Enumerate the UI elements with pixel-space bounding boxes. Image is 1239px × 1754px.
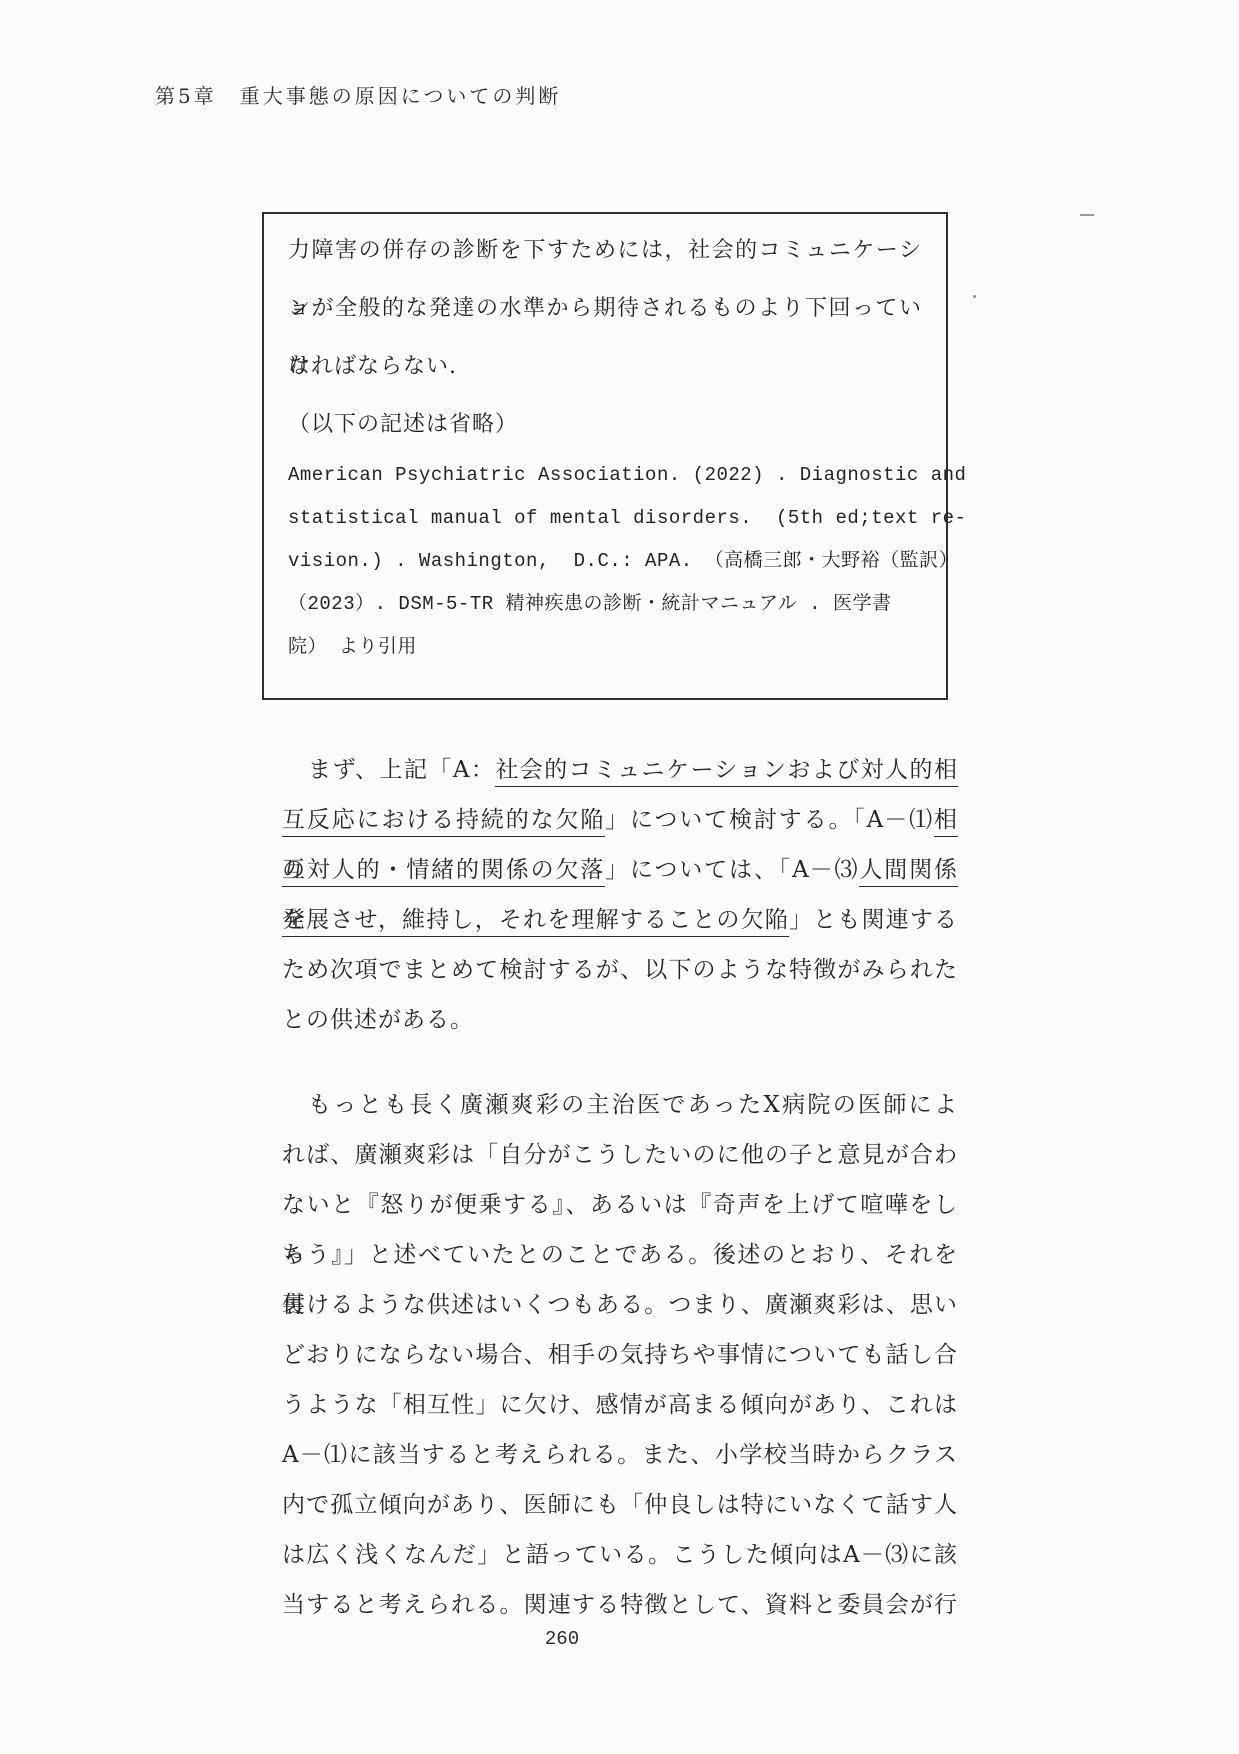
text-line: 付けるような供述はいくつもある。つまり、廣瀬爽彩は、思い	[282, 1280, 958, 1330]
text-segment: どおりにならない場合、相手の気持ちや事情についても話し合	[282, 1342, 958, 1368]
text-segment: vision.) . Washington, D.C.: APA. （高橋三郎・…	[288, 550, 958, 572]
text-segment: まず、上記「A：	[308, 757, 495, 783]
text-line: れば、廣瀬爽彩は「自分がこうしたいのに他の子と意見が合わ	[282, 1130, 958, 1180]
dsm-quote-box: 力障害の併存の診断を下すためには，社会的コミュニケーションが全般的な発達の水準か…	[262, 212, 948, 700]
text-line: との供述がある。	[282, 995, 958, 1045]
underlined-text: 発展させ，維持し，それを理解することの欠陥	[282, 907, 789, 937]
text-segment: との供述がある。	[282, 1007, 474, 1033]
text-line: まず、上記「A：社会的コミュニケーションおよび対人的相	[282, 745, 958, 795]
text-segment: 院） より引用	[288, 636, 417, 658]
text-line: 院） より引用	[288, 626, 922, 669]
body-text: まず、上記「A：社会的コミュニケーションおよび対人的相互反応における持続的な欠陥…	[282, 745, 958, 1630]
text-segment: もっとも長く廣瀬爽彩の主治医であったX病院の医師によ	[308, 1092, 958, 1118]
text-segment: れば、廣瀬爽彩は「自分がこうしたいのに他の子と意見が合わ	[282, 1142, 958, 1168]
quote-text: 力障害の併存の診断を下すためには，社会的コミュニケーションが全般的な発達の水準か…	[288, 222, 922, 396]
paragraph-1: まず、上記「A：社会的コミュニケーションおよび対人的相互反応における持続的な欠陥…	[282, 745, 958, 1045]
text-segment: 」については、「A－⑶	[605, 857, 859, 883]
paragraph-2: もっとも長く廣瀬爽彩の主治医であったX病院の医師によれば、廣瀬爽彩は「自分がこう…	[282, 1080, 958, 1630]
scan-artifact-dash	[1080, 214, 1094, 216]
text-segment: 」とも関連する	[789, 907, 958, 933]
chapter-header: 第5章 重大事態の原因についての判断	[155, 80, 561, 109]
text-segment: ければならない.	[288, 354, 457, 379]
underlined-text: 社会的コミュニケーションおよび対人的相	[495, 757, 958, 787]
text-line: 当すると考えられる。関連する特徴として、資料と委員会が行	[282, 1580, 958, 1630]
text-line: ンが全般的な発達の水準から期待されるものより下回っていな	[288, 280, 922, 338]
text-segment: A－⑴に該当すると考えられる。また、小学校当時からクラス	[282, 1442, 958, 1468]
text-line: 力障害の併存の診断を下すためには，社会的コミュニケーショ	[288, 222, 922, 280]
page-number: 260	[282, 1628, 842, 1650]
text-segment: 内で孤立傾向があり、医師にも「仲良しは特にいなくて話す人	[282, 1492, 958, 1518]
text-line: 発展させ，維持し，それを理解することの欠陥」とも関連する	[282, 895, 958, 945]
text-line: ゃう』」と述べていたとのことである。後述のとおり、それを裏	[282, 1230, 958, 1280]
text-segment: ため次項でまとめて検討するが、以下のような特徴がみられた	[282, 957, 958, 983]
text-line: A－⑴に該当すると考えられる。また、小学校当時からクラス	[282, 1430, 958, 1480]
text-segment: statistical manual of mental disorders. …	[288, 507, 966, 529]
text-line: どおりにならない場合、相手の気持ちや事情についても話し合	[282, 1330, 958, 1380]
text-line: うような「相互性」に欠け、感情が高まる傾向があり、これは	[282, 1380, 958, 1430]
text-segment: うような「相互性」に欠け、感情が高まる傾向があり、これは	[282, 1392, 958, 1418]
text-segment: 付けるような供述はいくつもある。つまり、廣瀬爽彩は、思い	[282, 1292, 958, 1318]
text-line: 内で孤立傾向があり、医師にも「仲良しは特にいなくて話す人	[282, 1480, 958, 1530]
text-line: もっとも長く廣瀬爽彩の主治医であったX病院の医師によ	[282, 1080, 958, 1130]
text-line: statistical manual of mental disorders. …	[288, 497, 922, 540]
text-line: の対人的・情緒的関係の欠落」については、「A－⑶人間関係を	[282, 845, 958, 895]
text-segment: 当すると考えられる。関連する特徴として、資料と委員会が行	[282, 1592, 958, 1618]
text-line: ければならない.	[288, 338, 922, 396]
scan-artifact-dot	[973, 295, 976, 298]
underlined-text: 互反応における持続的な欠陥	[282, 807, 605, 837]
omission-note: （以下の記述は省略）	[288, 396, 922, 454]
text-line: vision.) . Washington, D.C.: APA. （高橋三郎・…	[288, 540, 922, 583]
text-segment: American Psychiatric Association. (2022)…	[288, 464, 966, 486]
underlined-text: の対人的・情緒的関係の欠落	[282, 857, 605, 887]
text-line: American Psychiatric Association. (2022)…	[288, 454, 922, 497]
document-page: 第5章 重大事態の原因についての判断 力障害の併存の診断を下すためには，社会的コ…	[0, 0, 1239, 1754]
text-segment: （2023）. DSM-5-TR 精神疾患の診断・統計マニュアル . 医学書	[288, 593, 891, 615]
text-line: ないと『怒りが便乗する』、あるいは『奇声を上げて喧嘩をしち	[282, 1180, 958, 1230]
text-segment: は広く浅くなんだ」と語っている。こうした傾向はA－⑶に該	[282, 1542, 958, 1568]
text-line: は広く浅くなんだ」と語っている。こうした傾向はA－⑶に該	[282, 1530, 958, 1580]
text-line: 互反応における持続的な欠陥」について検討する。「A－⑴相互	[282, 795, 958, 845]
citation-text: American Psychiatric Association. (2022)…	[288, 454, 922, 669]
text-segment: 」について検討する。「A－⑴	[605, 807, 934, 833]
text-line: ため次項でまとめて検討するが、以下のような特徴がみられた	[282, 945, 958, 995]
text-line: （2023）. DSM-5-TR 精神疾患の診断・統計マニュアル . 医学書	[288, 583, 922, 626]
